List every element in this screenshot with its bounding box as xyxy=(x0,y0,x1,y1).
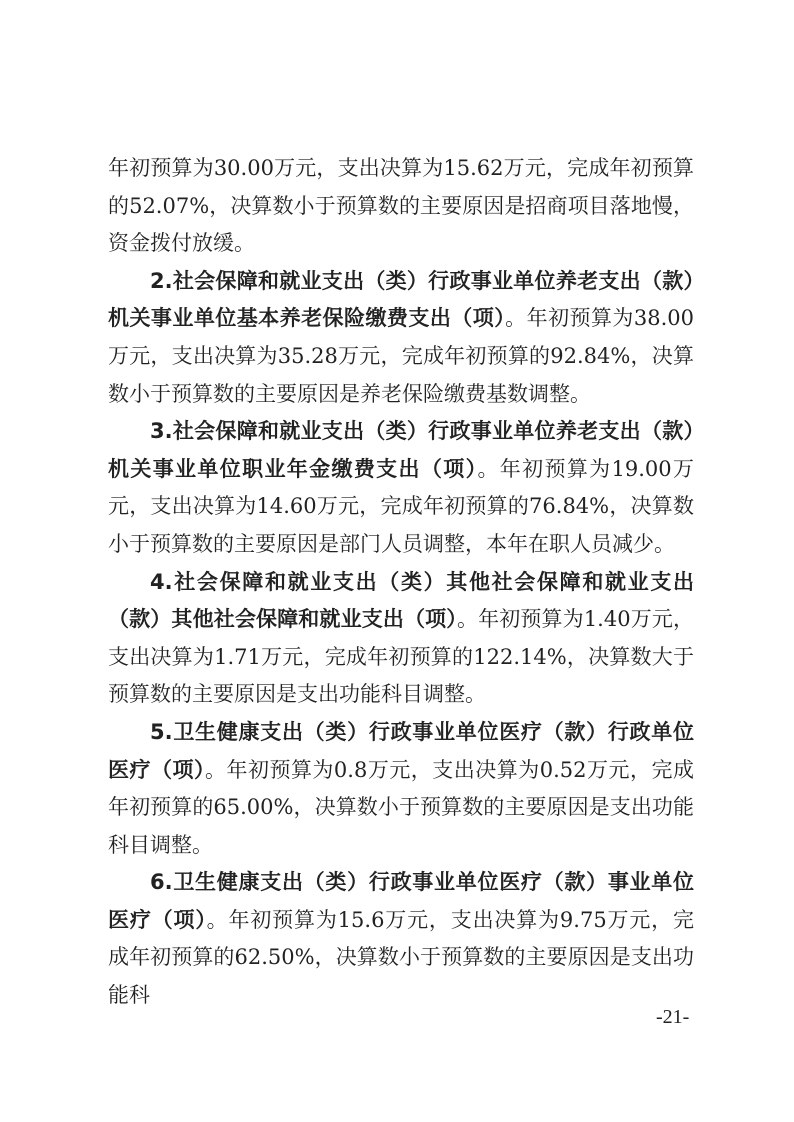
paragraph-2: 2.社会保障和就业支出（类）行政事业单位养老支出（款）机关事业单位基本养老保险缴… xyxy=(108,263,694,413)
paragraph-1: 年初预算为30.00万元，支出决算为15.62万元，完成年初预算的52.07%，… xyxy=(108,150,694,263)
paragraph-3: 3.社会保障和就业支出（类）行政事业单位养老支出（款）机关事业单位职业年金缴费支… xyxy=(108,413,694,563)
page-number: -21- xyxy=(656,1006,689,1029)
paragraph-5: 5.卫生健康支出（类）行政事业单位医疗（款）行政单位医疗（项）。年初预算为0.8… xyxy=(108,714,694,864)
document-body: 年初预算为30.00万元，支出决算为15.62万元，完成年初预算的52.07%，… xyxy=(108,150,694,1015)
paragraph-1-text: 年初预算为30.00万元，支出决算为15.62万元，完成年初预算的52.07%，… xyxy=(108,156,694,255)
paragraph-6: 6.卫生健康支出（类）行政事业单位医疗（款）事业单位医疗（项）。年初预算为15.… xyxy=(108,864,694,1014)
paragraph-4: 4.社会保障和就业支出（类）其他社会保障和就业支出（款）其他社会保障和就业支出（… xyxy=(108,564,694,714)
